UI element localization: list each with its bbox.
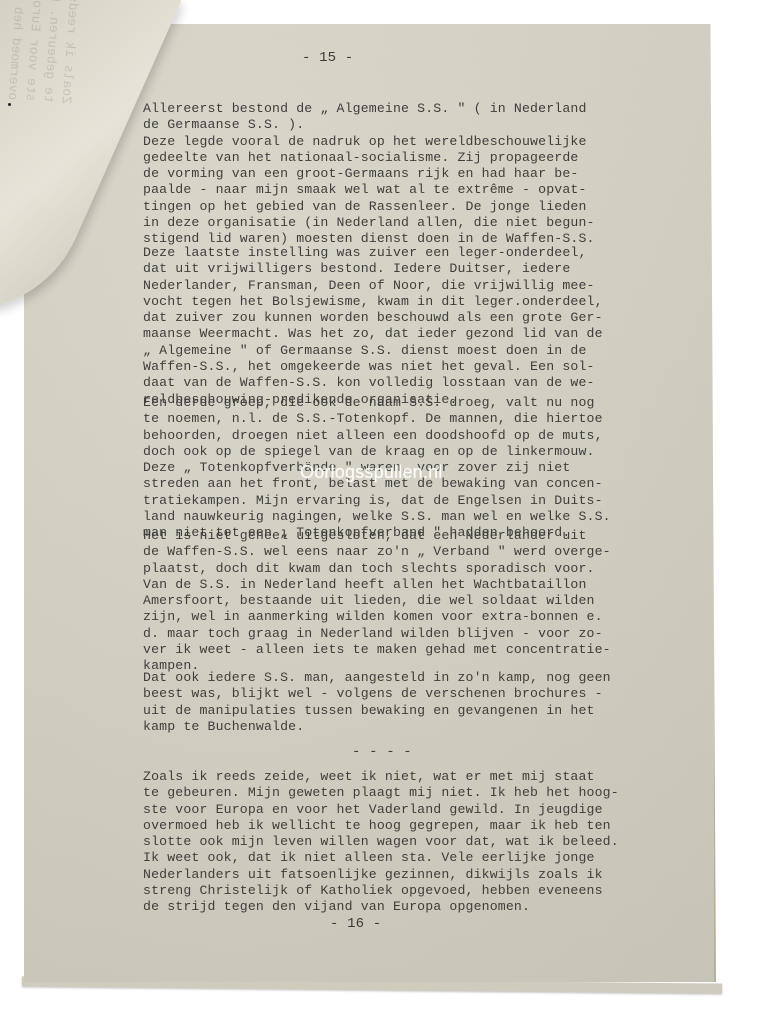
page-number-top: - 15 - <box>302 50 353 66</box>
paragraph: Zoals ik reeds zeide, weet ik niet, wat … <box>143 769 703 916</box>
text-line: te gebeuren. Mijn geweten plaagt mij nie… <box>143 785 703 801</box>
text-line: beest was, blijkt wel - volgens de versc… <box>143 686 703 702</box>
text-line: doch ook op de spiegel van de kraag en o… <box>143 444 703 460</box>
text-line: tratiekampen. Mijn ervaring is, dat de E… <box>143 493 703 509</box>
text-line: de vorming van een groot-Germaans rijk e… <box>143 166 703 182</box>
paragraph: Het is niet geheel uitgesloten, dat een … <box>143 528 703 675</box>
text-line: behoorden, droegen niet alleen een doods… <box>143 428 703 444</box>
text-line: paalde - naar mijn smaak wel wat al te e… <box>143 182 703 198</box>
paragraph: Allereerst bestond de „ Algemeine S.S. "… <box>143 101 703 248</box>
watermark: Oorlogsspullen.nl <box>300 462 442 483</box>
section-separator: - - - - <box>352 744 412 760</box>
text-line: Waffen-S.S., het omgekeerde was niet het… <box>143 359 703 375</box>
text-line: Ik weet ook, dat ik niet alleen sta. Vel… <box>143 850 703 866</box>
text-line: in deze organisatie (in Nederland allen,… <box>143 215 703 231</box>
text-line: slotte ook mijn leven willen wagen voor … <box>143 834 703 850</box>
text-line: plaatst, doch dit kwam dan toch slechts … <box>143 561 703 577</box>
text-line: ver ik weet - alleen iets te maken gehad… <box>143 642 703 658</box>
text-line: dat uit vrijwilligers bestond. Iedere Du… <box>143 261 703 277</box>
text-line: gedeelte van het nationaal-socialisme. Z… <box>143 150 703 166</box>
text-line: Zoals ik reeds zeide, weet ik niet, wat … <box>143 769 703 785</box>
text-line: de strijd tegen den vijand van Europa op… <box>143 899 703 915</box>
text-line: de Germaanse S.S. ). <box>143 117 703 133</box>
text-line: land nauwkeurig nagingen, welke S.S. man… <box>143 509 703 525</box>
text-line: te noemen, n.l. de S.S.-Totenkopf. De ma… <box>143 411 703 427</box>
text-line: Deze legde vooral de nadruk op het werel… <box>143 134 703 150</box>
text-line: overmoed heb ik wellicht te hoog gegrepe… <box>143 818 703 834</box>
text-line: Allereerst bestond de „ Algemeine S.S. "… <box>143 101 703 117</box>
paragraph: Deze laatste instelling was zuiver een l… <box>143 245 703 408</box>
text-line: daat van de Waffen-S.S. kon volledig los… <box>143 375 703 391</box>
text-line: Amersfoort, bestaande uit lieden, die we… <box>143 593 703 609</box>
text-line: de Waffen-S.S. wel eens naar zo'n „ Verb… <box>143 544 703 560</box>
text-line: d. maar toch graag in Nederland wilden b… <box>143 626 703 642</box>
text-line: maanse Weermacht. Was het zo, dat ieder … <box>143 326 703 342</box>
text-line: Nederlander, Fransman, Deen of Noor, die… <box>143 278 703 294</box>
bleed-through-text: Zoals ik reeds te gebeuren. Mijn ste voo… <box>3 0 87 104</box>
text-line: vocht tegen het Bolsjewisme, kwam in dit… <box>143 294 703 310</box>
text-line: Nederlanders uit fatsoenlijke gezinnen, … <box>143 867 703 883</box>
text-line: zijn, wel in aanmerking wilden komen voo… <box>143 609 703 625</box>
text-line: tingen op het gebied van de Rassenleer. … <box>143 199 703 215</box>
text-line: dat zuiver zou kunnen worden beschouwd a… <box>143 310 703 326</box>
text-line: kamp te Buchenwalde. <box>143 719 703 735</box>
text-line: uit de manipulaties tussen bewaking en g… <box>143 703 703 719</box>
text-line: ste voor Europa en voor het Vaderland ge… <box>143 802 703 818</box>
text-line: Van de S.S. in Nederland heeft allen het… <box>143 577 703 593</box>
paragraph: Dat ook iedere S.S. man, aangesteld in z… <box>143 670 703 735</box>
text-line: Dat ook iedere S.S. man, aangesteld in z… <box>143 670 703 686</box>
text-line: Een derde groep, die ook de naam S.S. dr… <box>143 395 703 411</box>
page-number-bottom: - 16 - <box>330 916 381 932</box>
text-line: Deze laatste instelling was zuiver een l… <box>143 245 703 261</box>
text-line: „ Algemeine " of Germaanse S.S. dienst m… <box>143 343 703 359</box>
ink-speck <box>8 103 11 106</box>
text-line: Het is niet geheel uitgesloten, dat een … <box>143 528 703 544</box>
text-line: streng Christelijk of Katholiek opgevoed… <box>143 883 703 899</box>
